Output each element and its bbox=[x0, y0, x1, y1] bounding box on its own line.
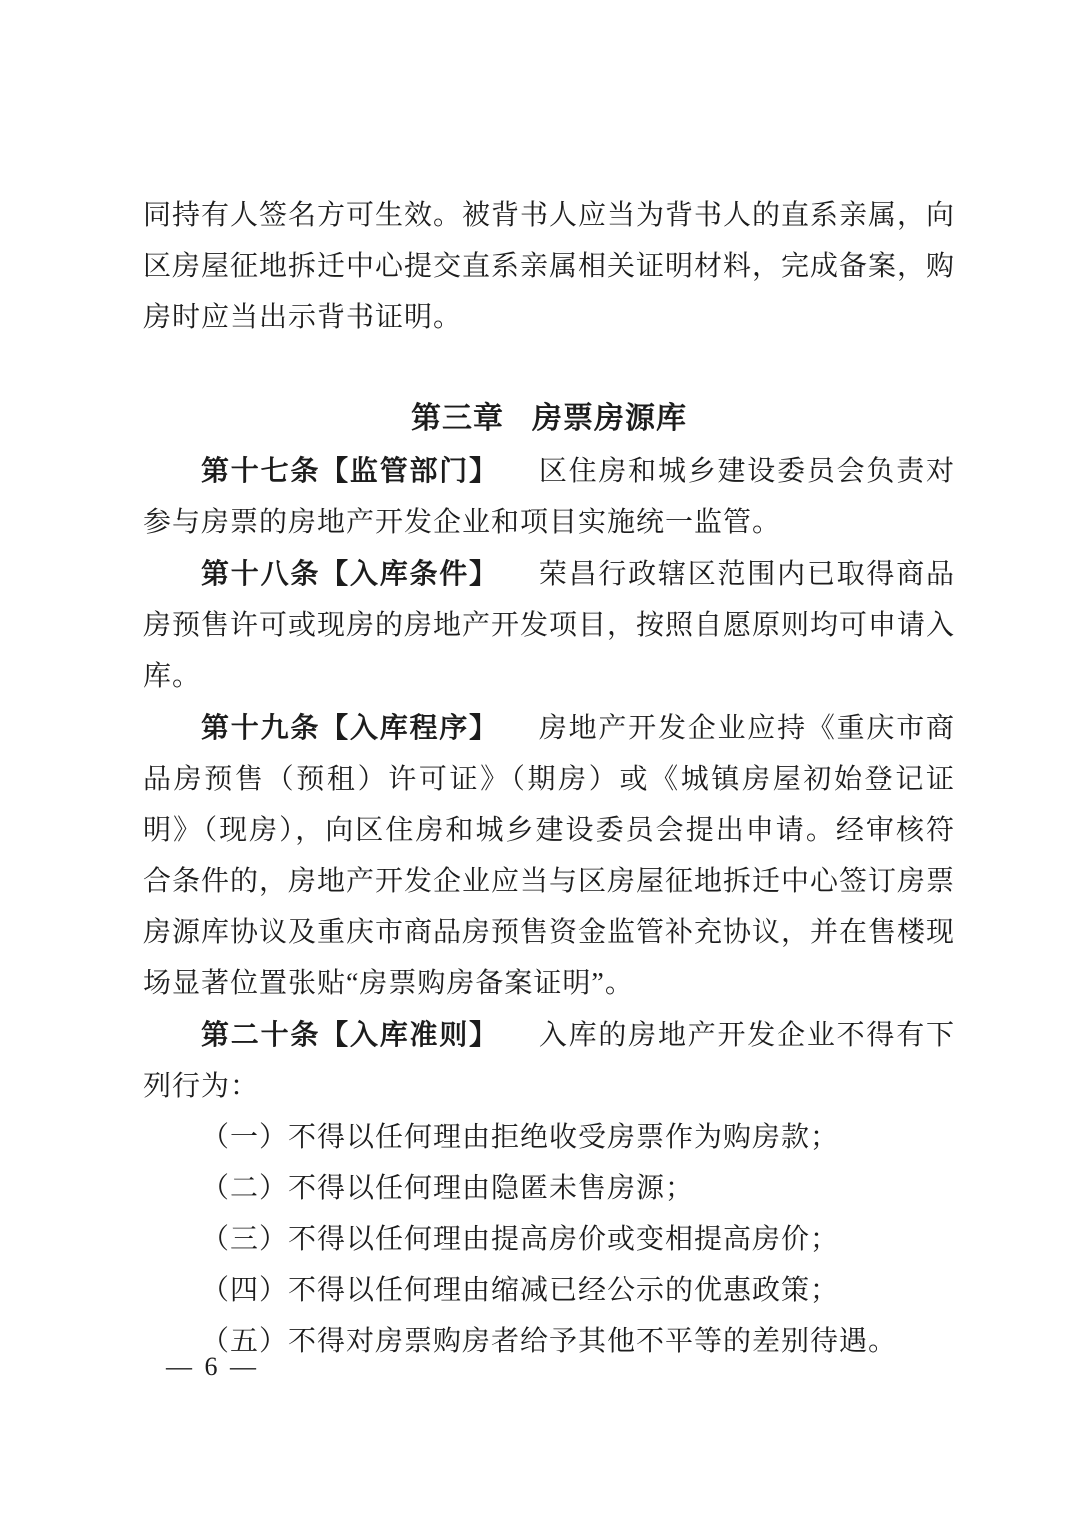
article-18-title: 第十八条【入库条件】 bbox=[201, 558, 539, 589]
article-18-paragraph: 第十八条【入库条件】荣昌行政辖区范围内已取得商品房预售许可或现房的房地产开发项目… bbox=[143, 548, 955, 702]
rule-item-1: （一）不得以任何理由拒绝收受房票作为购房款； bbox=[143, 1112, 955, 1163]
rule-item-3: （三）不得以任何理由提高房价或变相提高房价； bbox=[143, 1214, 955, 1265]
article-19-title: 第十九条【入库程序】 bbox=[201, 712, 539, 743]
article-17-paragraph: 第十七条【监管部门】区住房和城乡建设委员会负责对参与房票的房地产开发企业和项目实… bbox=[143, 445, 955, 548]
document-body: 同持有人签名方可生效。被背书人应当为背书人的直系亲属，向区房屋征地拆迁中心提交直… bbox=[143, 190, 955, 1367]
article-20-title: 第二十条【入库准则】 bbox=[201, 1019, 539, 1050]
chapter-number: 第三章 bbox=[411, 402, 504, 435]
document-page: 同持有人签名方可生效。被背书人应当为背书人的直系亲属，向区房屋征地拆迁中心提交直… bbox=[0, 0, 1074, 1520]
article-20-paragraph: 第二十条【入库准则】入库的房地产开发企业不得有下列行为： bbox=[143, 1009, 955, 1112]
article-19-paragraph: 第十九条【入库程序】房地产开发企业应持《重庆市商品房预售（预租）许可证》（期房）… bbox=[143, 702, 955, 1009]
article-19-body: 房地产开发企业应持《重庆市商品房预售（预租）许可证》（期房）或《城镇房屋初始登记… bbox=[143, 713, 955, 999]
rule-item-5: （五）不得对房票购房者给予其他不平等的差别待遇。 bbox=[143, 1316, 955, 1367]
rule-item-4: （四）不得以任何理由缩减已经公示的优惠政策； bbox=[143, 1265, 955, 1316]
page-number: — 6 — bbox=[166, 1352, 259, 1382]
chapter-title: 房票房源库 bbox=[532, 402, 687, 435]
chapter-heading: 第三章房票房源库 bbox=[143, 393, 955, 445]
article-17-title: 第十七条【监管部门】 bbox=[201, 455, 539, 486]
paragraph-endorsement-continuation: 同持有人签名方可生效。被背书人应当为背书人的直系亲属，向区房屋征地拆迁中心提交直… bbox=[143, 190, 955, 343]
rule-item-2: （二）不得以任何理由隐匿未售房源； bbox=[143, 1163, 955, 1214]
